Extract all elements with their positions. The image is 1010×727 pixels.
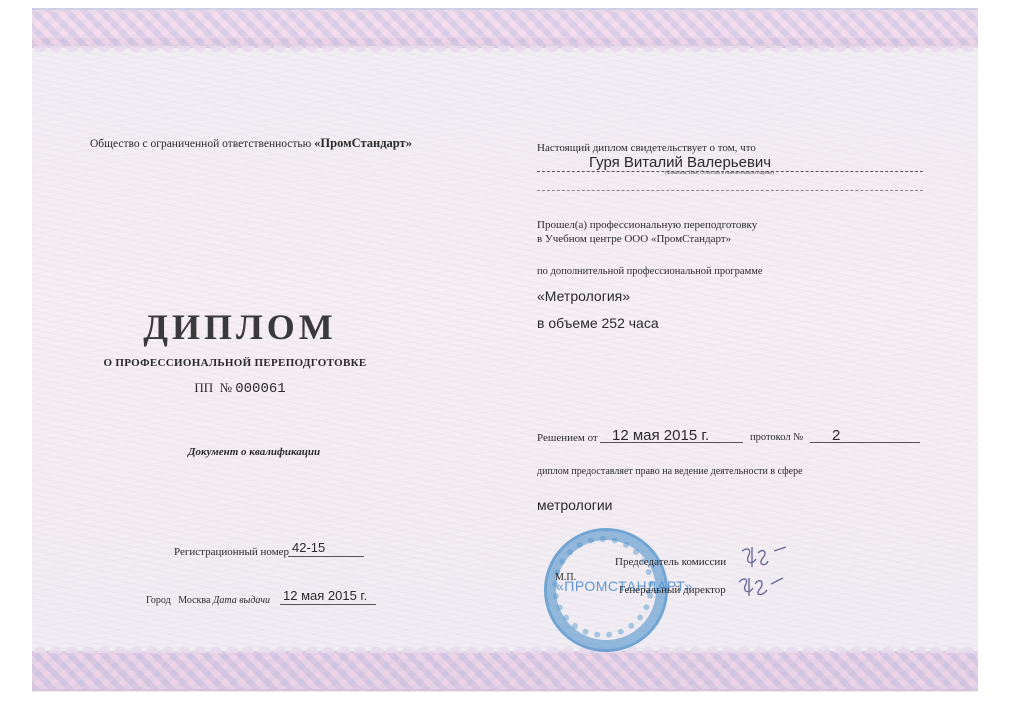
passed-line-1: Прошел(а) профессиональную переподготовк… xyxy=(537,219,757,231)
registration-number: 42-15 xyxy=(292,540,325,555)
name-second-line xyxy=(537,190,923,191)
decision-date-underline xyxy=(600,442,743,443)
chair-label: Председатель комиссии xyxy=(615,556,726,568)
certification-intro: Настоящий диплом свидетельствует о том, … xyxy=(537,142,756,154)
rights-text: диплом предоставляет право на ведение де… xyxy=(537,466,803,477)
diploma-subtitle: О ПРОФЕССИОНАЛЬНОЙ ПЕРЕПОДГОТОВКЕ xyxy=(0,357,480,369)
issue-date-underline xyxy=(280,604,376,605)
document-type: Документ о квалификации xyxy=(188,446,320,458)
city-value: Москва xyxy=(178,595,210,606)
holder-name: Гуря Виталий Валерьевич xyxy=(589,154,771,171)
registration-underline xyxy=(288,556,364,557)
decorative-border-top xyxy=(32,8,978,48)
number-sign: № xyxy=(220,380,232,395)
protocol-underline xyxy=(810,442,920,443)
seal-label: М.П. xyxy=(555,572,576,583)
issue-date: 12 мая 2015 г. xyxy=(283,588,367,603)
program-volume: в объеме 252 часа xyxy=(537,315,659,331)
registration-label: Регистрационный номер xyxy=(174,546,289,558)
city-line: Город Москва xyxy=(146,595,210,606)
issue-date-label: Дата выдачи xyxy=(213,595,270,606)
director-signature-icon xyxy=(735,572,795,602)
diploma-number: ПП № 000061 xyxy=(0,380,485,397)
diploma-series: ПП xyxy=(194,380,213,395)
protocol-label: протокол № xyxy=(750,432,803,443)
passed-line-2: в Учебном центре ООО «ПромСтандарт» xyxy=(537,233,731,245)
director-label: Генеральный директор xyxy=(619,584,726,596)
holder-name-hint: (Фамилия, Имя, Отчество в именительном п… xyxy=(665,171,774,176)
organization-prefix: Общество с ограниченной ответственностью xyxy=(90,138,311,150)
program-label: по дополнительной профессиональной прогр… xyxy=(537,266,763,277)
decorative-border-bottom xyxy=(32,651,978,691)
activity-sphere: метрологии xyxy=(537,497,612,513)
organization-line: Общество с ограниченной ответственностью… xyxy=(90,136,412,151)
chair-signature-icon xyxy=(738,543,798,573)
program-name: «Метрология» xyxy=(537,288,630,304)
organization-name: «ПромСтандарт» xyxy=(314,136,412,150)
decision-label: Решением от xyxy=(537,432,598,444)
city-label: Город xyxy=(146,595,171,606)
diploma-title: ДИПЛОМ xyxy=(0,306,485,348)
diploma-number-value: 000061 xyxy=(235,381,285,397)
